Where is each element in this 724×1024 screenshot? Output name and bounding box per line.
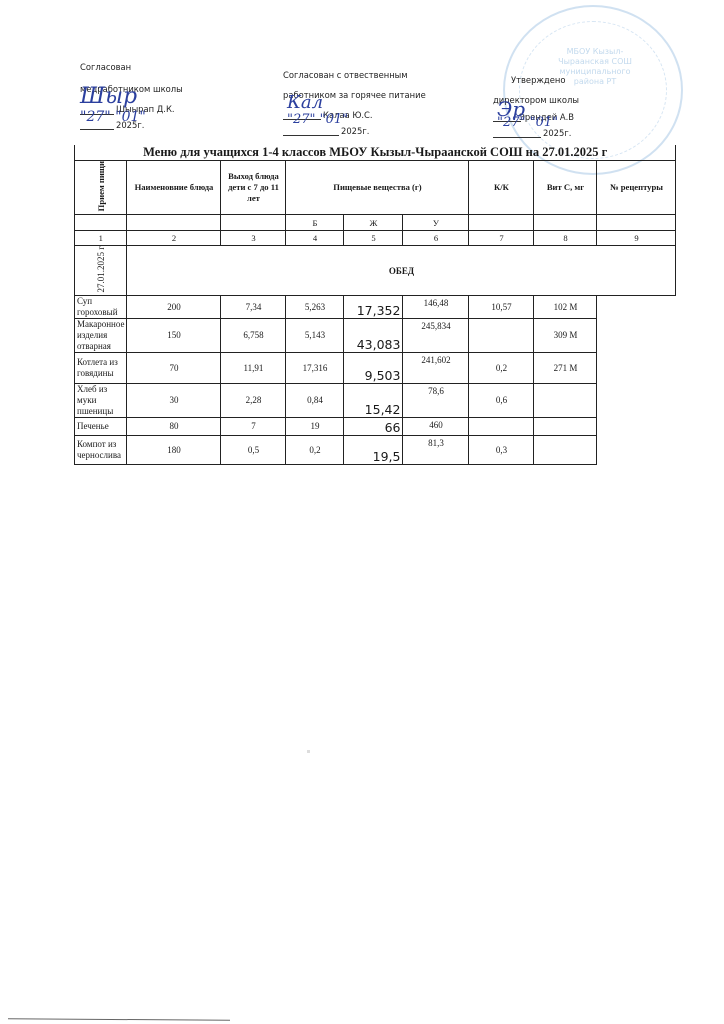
table-row: Котлета из говядины7011,9117,3169,503241… <box>75 352 676 383</box>
index-cell: 3 <box>221 231 286 246</box>
index-cell: 1 <box>75 231 127 246</box>
empty-cell <box>597 215 676 231</box>
dish-protein: 7,34 <box>221 295 286 318</box>
handwritten-date: "27" "01" <box>287 112 348 127</box>
dish-protein: 0,5 <box>221 435 286 464</box>
header-nutrients: Пищевые вещества (г) <box>286 161 469 215</box>
dish-calories: 78,6 <box>403 383 469 417</box>
dish-recipe-number <box>534 417 597 435</box>
dish-protein: 2,28 <box>221 383 286 417</box>
dish-recipe-number: 309 М <box>534 318 597 352</box>
dish-recipe-number: 271 М <box>534 352 597 383</box>
dish-fat: 5,143 <box>286 318 344 352</box>
dish-protein: 11,91 <box>221 352 286 383</box>
subheader-protein: Б <box>286 215 344 231</box>
empty-cell <box>221 215 286 231</box>
scan-artifact <box>307 750 310 753</box>
dish-calories: 146,48 <box>403 295 469 318</box>
dish-vitamin-c: 0,2 <box>469 352 534 383</box>
header-output: Выход блюда дети с 7 до 11 лет <box>221 161 286 215</box>
dish-fat: 0,84 <box>286 383 344 417</box>
dish-fat: 0,2 <box>286 435 344 464</box>
dish-output: 180 <box>127 435 221 464</box>
header-kk: К/К <box>469 161 534 215</box>
dish-name: Компот из чернослива <box>75 435 127 464</box>
header-meal-label: Прием пищи <box>96 161 106 211</box>
index-cell: 8 <box>534 231 597 246</box>
date-underline <box>493 137 541 138</box>
empty-cell <box>469 215 534 231</box>
table-row: Печенье8071966460 <box>75 417 676 435</box>
signature: Кал <box>287 92 323 113</box>
dish-carbs: 17,352 <box>344 295 403 318</box>
meal-section-label: ОБЕД <box>127 246 676 295</box>
table-row: Макаронное изделия отварная1506,7585,143… <box>75 318 676 352</box>
header-vitc: Вит С, мг <box>534 161 597 215</box>
dish-vitamin-c: 0,3 <box>469 435 534 464</box>
header-meal: Прием пищи <box>75 161 127 215</box>
dish-fat: 19 <box>286 417 344 435</box>
subheader-carb: У <box>403 215 469 231</box>
dish-carbs: 15,42 <box>344 383 403 417</box>
table-title: Меню для учащихся 1-4 классов МБОУ Кызыл… <box>75 145 676 161</box>
dish-fat: 17,316 <box>286 352 344 383</box>
approval-line1: Согласован <box>80 62 131 72</box>
index-cell: 6 <box>403 231 469 246</box>
table-row: Суп гороховый2007,345,26317,352146,4810,… <box>75 295 676 318</box>
dish-calories: 460 <box>403 417 469 435</box>
index-cell: 2 <box>127 231 221 246</box>
table-row: Хлеб из муки пшеницы302,280,8415,4278,60… <box>75 383 676 417</box>
dish-carbs: 43,083 <box>344 318 403 352</box>
header-recipe: № рецептуры <box>597 161 676 215</box>
date-underline <box>80 129 114 130</box>
dish-output: 200 <box>127 295 221 318</box>
dish-calories: 241,602 <box>403 352 469 383</box>
dish-name: Печенье <box>75 417 127 435</box>
dish-recipe-number <box>534 383 597 417</box>
subheader-row: Б Ж У <box>75 215 676 231</box>
approval-line1: Утверждено <box>511 75 565 85</box>
dish-protein: 6,758 <box>221 318 286 352</box>
dish-recipe-number <box>534 435 597 464</box>
dish-recipe-number: 102 М <box>534 295 597 318</box>
subheader-fat: Ж <box>344 215 403 231</box>
empty-cell <box>127 215 221 231</box>
dish-output: 30 <box>127 383 221 417</box>
dish-name: Хлеб из муки пшеницы <box>75 383 127 417</box>
dish-name: Макаронное изделия отварная <box>75 318 127 352</box>
header-row: Прием пищи Наименовние блюда Выход блюда… <box>75 161 676 215</box>
signature: Шыр <box>80 84 137 109</box>
index-cell: 7 <box>469 231 534 246</box>
dish-fat: 5,263 <box>286 295 344 318</box>
date-label: 27.01.2025 г <box>96 246 106 292</box>
dish-name: Суп гороховый <box>75 295 127 318</box>
dish-vitamin-c <box>469 417 534 435</box>
dish-carbs: 66 <box>344 417 403 435</box>
index-row: 1 2 3 4 5 6 7 8 9 <box>75 231 676 246</box>
handwritten-date: "27" "01" <box>497 115 558 130</box>
dish-output: 80 <box>127 417 221 435</box>
table-row: Компот из чернослива1800,50,219,581,30,3 <box>75 435 676 464</box>
date-cell: 27.01.2025 г <box>75 246 127 295</box>
approval-line1: Согласован с отвественным <box>283 70 408 80</box>
approval-year: 2025г. <box>341 126 369 136</box>
index-cell: 4 <box>286 231 344 246</box>
empty-cell <box>75 215 127 231</box>
dish-output: 70 <box>127 352 221 383</box>
header-dish: Наименовние блюда <box>127 161 221 215</box>
dish-calories: 81,3 <box>403 435 469 464</box>
handwritten-date: "27" "01" <box>80 109 146 125</box>
index-cell: 9 <box>597 231 676 246</box>
dish-vitamin-c: 0,6 <box>469 383 534 417</box>
dish-name: Котлета из говядины <box>75 352 127 383</box>
dish-output: 150 <box>127 318 221 352</box>
page-edge-line <box>8 1018 230 1021</box>
meal-section-row: 27.01.2025 г ОБЕД <box>75 246 676 295</box>
dish-vitamin-c <box>469 318 534 352</box>
date-underline <box>283 135 339 136</box>
index-cell: 5 <box>344 231 403 246</box>
dish-carbs: 9,503 <box>344 352 403 383</box>
dish-calories: 245,834 <box>403 318 469 352</box>
dish-vitamin-c: 10,57 <box>469 295 534 318</box>
menu-table: Меню для учащихся 1-4 классов МБОУ Кызыл… <box>74 145 676 465</box>
dish-protein: 7 <box>221 417 286 435</box>
empty-cell <box>534 215 597 231</box>
stamp-inner-ring <box>519 21 667 159</box>
dish-carbs: 19,5 <box>344 435 403 464</box>
